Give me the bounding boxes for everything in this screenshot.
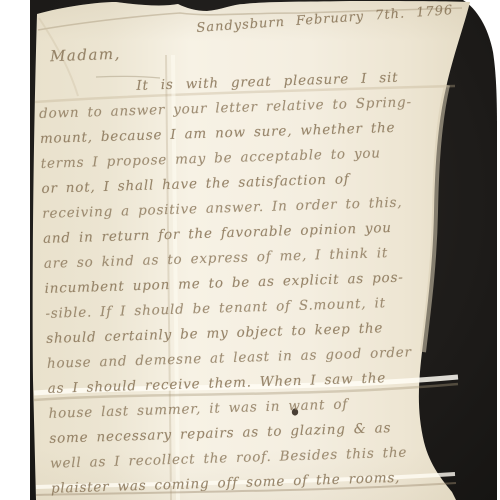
letter-photograph: Sandysburn February 7th. 1796 Madam, It …: [0, 0, 500, 500]
paper-vertical-shading: [33, 1, 470, 500]
ink-blot: [292, 408, 298, 415]
photo-artwork: [0, 0, 500, 500]
